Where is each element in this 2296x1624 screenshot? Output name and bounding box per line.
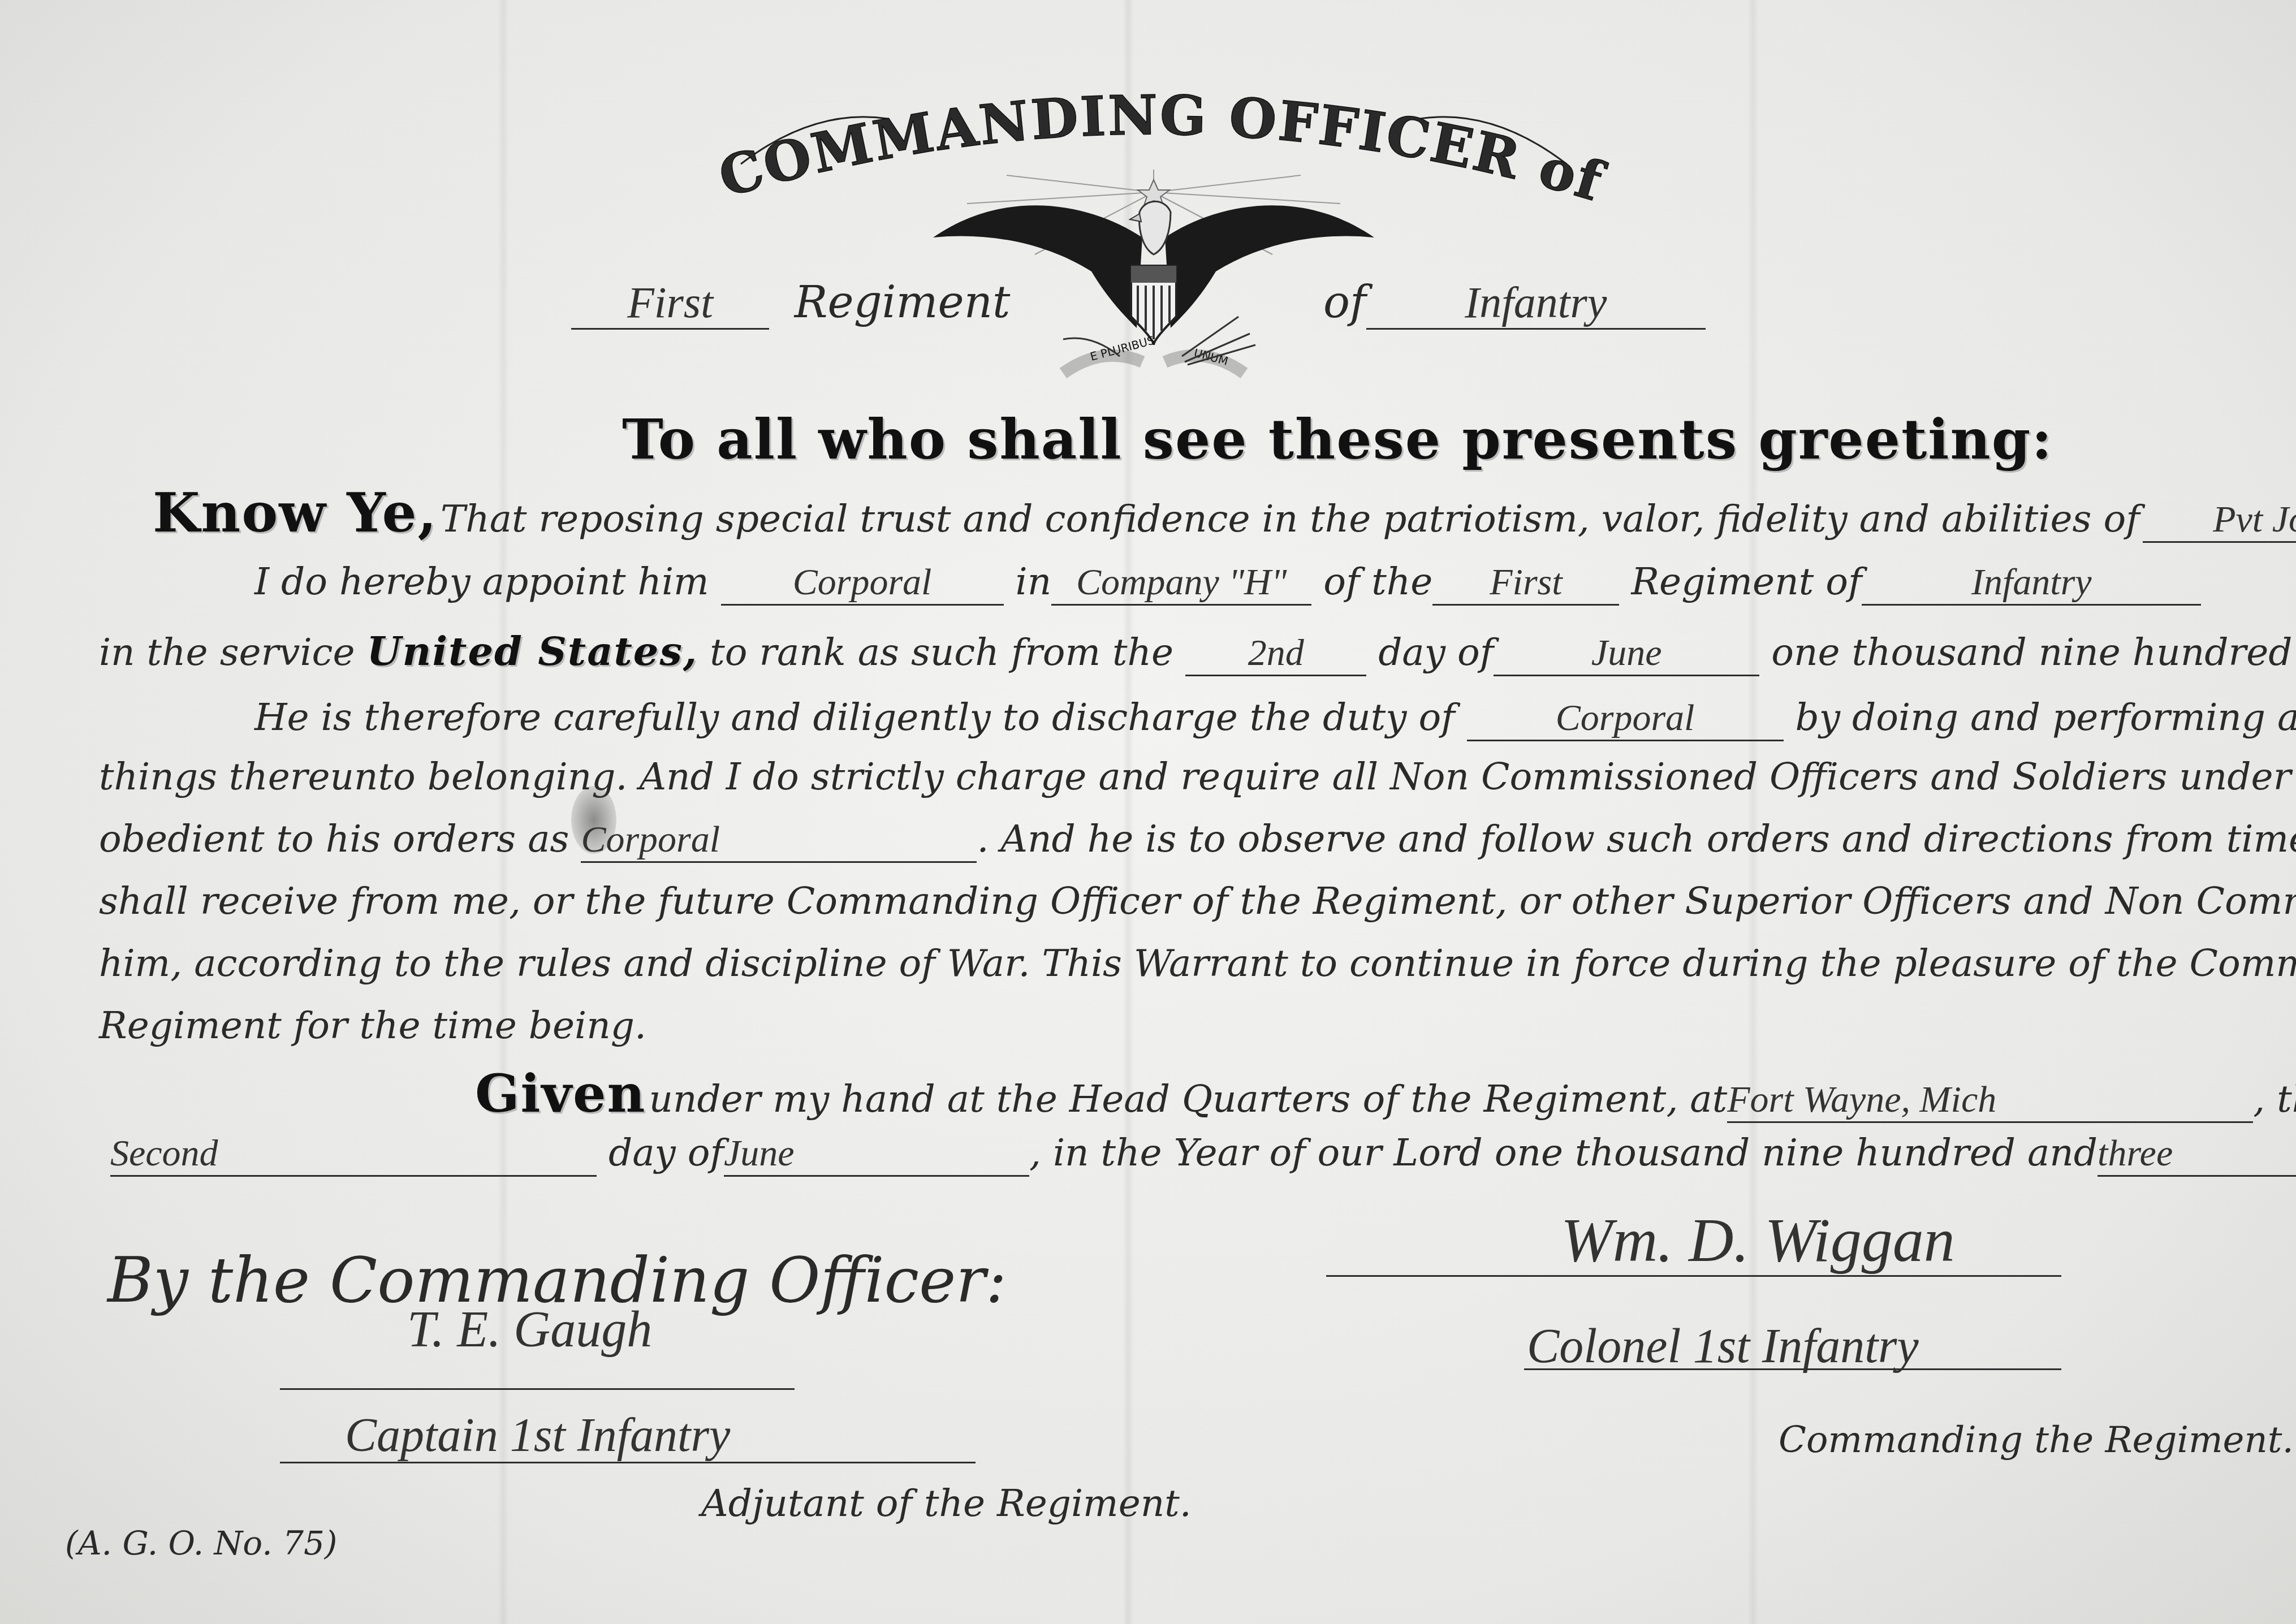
given-text2: , in the Year of our Lord one thousand n… (1029, 1131, 2098, 1174)
given-word: Given (475, 1063, 646, 1124)
appointed-rank: Corporal (721, 561, 1004, 606)
header-regiment-number: First (571, 277, 769, 330)
rank-day: 2nd (1185, 632, 1366, 676)
colonel-signature-line (1326, 1275, 2061, 1277)
body-line3-day-of: day of (1378, 630, 1494, 674)
adjutant-signature-line (280, 1388, 795, 1390)
adjutant-signature: T. E. Gaugh (407, 1301, 652, 1359)
body-line2-of-the: of the (1323, 560, 1432, 603)
body-line3-prefix: in the service (99, 630, 355, 674)
branch: Infantry (1862, 561, 2201, 606)
form-number: (A. G. O. No. 75) (65, 1524, 338, 1562)
appointee-name: Pvt John L. Scott (2143, 498, 2296, 543)
company: Company "H" (1051, 561, 1311, 606)
header-of-label: of (1323, 277, 1366, 328)
adjutant-rank: Captain 1st Infantry (345, 1408, 730, 1463)
given-day: Second (110, 1132, 597, 1177)
given-month: June (724, 1132, 1029, 1177)
body-line3-year-prefix: one thousand nine hundred and (1771, 630, 2296, 674)
given-text1-suffix: , this (2253, 1077, 2296, 1121)
colonel-rank-line (1524, 1368, 2061, 1370)
colonel-signature: Wm. D. Wiggan (1561, 1204, 1955, 1276)
body-line6-suffix: . And he is to observe and follow such o… (977, 817, 2296, 861)
regiment-number: First (1432, 561, 1619, 606)
body-line1: That reposing special trust and confiden… (441, 497, 2139, 541)
body-line4-prefix: He is therefore carefully and diligently… (254, 696, 1455, 739)
know-ye: Know Ye, (153, 481, 438, 545)
body-line9: Regiment for the time being. (99, 1004, 646, 1047)
body-line2-regiment: Regiment of (1631, 560, 1862, 603)
body-line2-prefix: I do hereby appoint him (254, 560, 709, 603)
header-branch: Infantry (1366, 277, 1706, 330)
colonel-title: Commanding the Regiment. (1779, 1419, 2294, 1461)
body-line4-suffix: by doing and performing all manner of (1796, 696, 2296, 739)
given-day-of: day of (608, 1131, 724, 1174)
adjutant-title: Adjutant of the Regiment. (701, 1482, 1192, 1525)
body-line7: shall receive from me, or the future Com… (99, 879, 2296, 923)
colonel-rank: Colonel 1st Infantry (1527, 1318, 1919, 1374)
header-regiment-label: Regiment (795, 277, 1010, 328)
duty-rank: Corporal (1467, 697, 1784, 741)
body-line2-in: in (1016, 560, 1052, 603)
given-text1: under my hand at the Head Quarters of th… (649, 1077, 1728, 1121)
adjutant-rank-line (280, 1462, 976, 1463)
given-location: Fort Wayne, Mich (1727, 1078, 2253, 1123)
body-line6-prefix: obedient to his orders as (99, 817, 569, 861)
body-line3-rank-from: to rank as such from the (710, 630, 1173, 674)
body-line8: him, according to the rules and discipli… (99, 941, 2296, 985)
body-line5: things thereunto belonging. And I do str… (99, 755, 2296, 798)
given-year: three (2098, 1132, 2296, 1177)
greeting: To all who shall see these presents gree… (622, 407, 2053, 472)
orders-rank: Corporal (581, 818, 977, 863)
rank-month: June (1494, 632, 1759, 676)
united-states: United States, (367, 628, 698, 675)
